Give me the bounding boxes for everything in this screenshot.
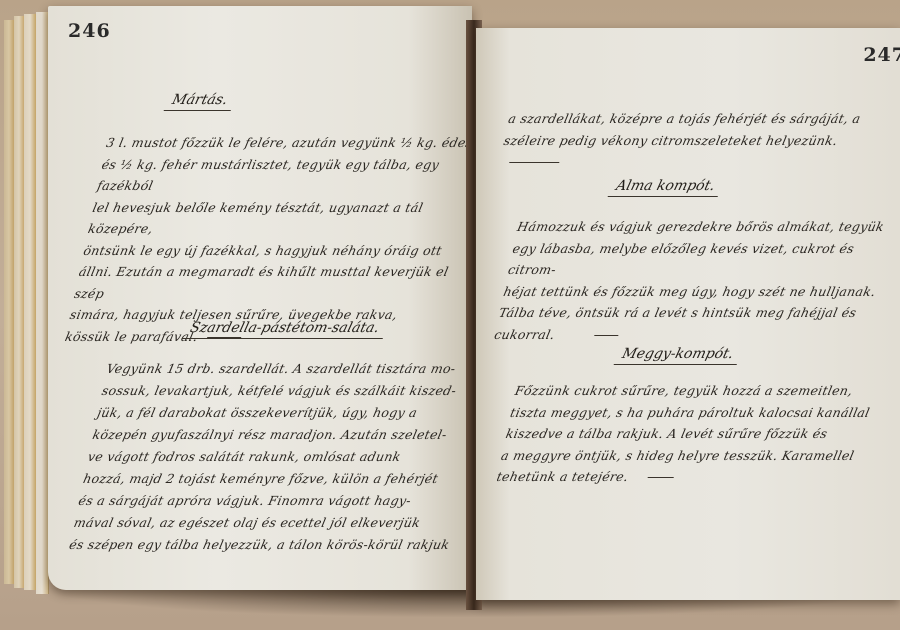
handwritten-line: Hámozzuk és vágjuk gerezdekre bőrös almá… (515, 216, 900, 238)
handwritten-line: a szardellákat, középre a tojás fehérjét… (506, 108, 900, 130)
end-rule (509, 162, 559, 163)
handwritten-line: állni. Ezután a megmaradt és kihűlt must… (72, 261, 461, 304)
handwritten-line: ve vágott fodros salátát rakunk, omlósat… (86, 446, 473, 468)
continuation-text: a szardellákat, középre a tojás fehérjét… (497, 108, 900, 173)
recipe-title-meggy-kompot: Meggy-kompót. (614, 346, 742, 365)
handwritten-line: 3 l. mustot főzzük le felére, azután veg… (104, 132, 489, 154)
handwritten-line: Vegyünk 15 drb. szardellát. A szardellát… (104, 358, 491, 380)
handwritten-line: a meggyre öntjük, s hideg helyre tesszük… (499, 445, 896, 467)
page-number-left: 246 (68, 20, 111, 42)
handwritten-line: tiszta meggyet, s ha puhára pároltuk kal… (508, 402, 900, 424)
handwritten-line: Főzzünk cukrot sűrűre, tegyük hozzá a sz… (513, 380, 900, 402)
handwritten-line: lel hevesjuk belőle kemény tésztát, ugya… (86, 197, 475, 240)
handwritten-line: egy lábasba, melybe előzőleg kevés vizet… (506, 238, 900, 281)
handwritten-line: mával sóval, az egészet olaj és ecettel … (72, 512, 459, 534)
recipe-title-szardella: Szardella-pástétom-saláta. (182, 320, 387, 339)
handwritten-line: közepén gyufaszálnyi rész maradjon. Azut… (90, 424, 477, 446)
handwritten-line: és ½ kg. fehér mustárlisztet, tegyük egy… (95, 154, 484, 197)
page-number-right: 247 (863, 44, 900, 66)
handwritten-line: hozzá, majd 2 tojást keményre főzve, kül… (81, 468, 468, 490)
recipe-body-martas: 3 l. mustot főzzük le felére, azután veg… (63, 132, 489, 347)
end-rule (595, 335, 619, 336)
handwritten-line: Tálba téve, öntsük rá a levét s hintsük … (497, 302, 892, 324)
handwritten-line: és a sárgáját apróra vágjuk. Finomra vág… (76, 490, 463, 512)
end-rule (648, 477, 674, 478)
handwritten-line: tehetünk a tetejére. (495, 466, 892, 488)
recipe-body-meggy-kompot: Főzzünk cukrot sűrűre, tegyük hozzá a sz… (495, 380, 900, 488)
handwritten-line: cukorral. (492, 324, 887, 346)
left-page: 246 Mártás. 3 l. mustot főzzük le felére… (48, 6, 472, 590)
handwritten-line: széleire pedig vékony citromszeleteket h… (497, 130, 896, 173)
right-page: 247 a szardellákat, középre a tojás fehé… (476, 28, 900, 600)
handwritten-line: sossuk, levakartjuk, kétfelé vágjuk és s… (100, 380, 487, 402)
recipe-title-alma-kompot: Alma kompót. (608, 178, 723, 197)
recipe-title-martas: Mártás. (164, 92, 236, 111)
handwritten-line: jük, a fél darabokat összekeverítjük, úg… (95, 402, 482, 424)
recipe-body-szardella: Vegyünk 15 drb. szardellát. A szardellát… (67, 358, 491, 556)
handwritten-line: és szépen egy tálba helyezzük, a tálon k… (67, 534, 454, 556)
recipe-body-alma-kompot: Hámozzuk és vágjuk gerezdekre bőrös almá… (492, 216, 900, 345)
handwritten-line: öntsünk le egy új fazékkal, s hagyjuk né… (81, 240, 466, 262)
handwritten-line: héjat tettünk és főzzük meg úgy, hogy sz… (501, 281, 896, 303)
handwritten-line: kiszedve a tálba rakjuk. A levét sűrűre … (504, 423, 900, 445)
